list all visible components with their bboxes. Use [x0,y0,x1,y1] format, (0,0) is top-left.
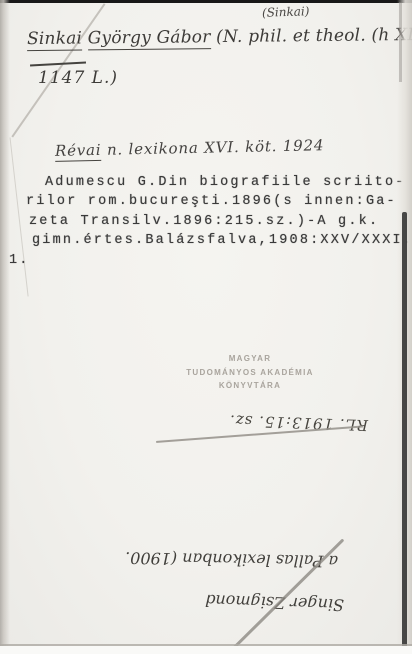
handwritten-bottom-note-upside-down: a Pallas lexikonban (1900. [110,548,338,571]
handwritten-heading-line2: 1147 L.) [38,68,118,88]
card-edge-left [0,0,10,654]
author-surname: Sinkai [27,28,82,51]
handwritten-annotation-top: (Sinkai) [262,4,310,20]
typed-entry: Adumescu G.Din biografiile scriito- rilo… [0,173,412,270]
reference-underlined: Révai [55,141,102,162]
scan-edge-right-faint [399,2,402,82]
stamp-line: TUDOMÁNYOS AKADÉMIA [170,366,330,380]
stamp-line: KÖNYVTÁRA [170,379,330,393]
stamp-line: MAGYAR [170,352,330,366]
typed-line: 1. [9,251,412,270]
scan-background-below-card [0,646,412,654]
scanned-catalog-card: (Sinkai) Sinkai György Gábor (N. phil. e… [0,0,412,654]
author-given-names: György Gábor [88,27,211,50]
typed-line: zeta Transilv.1896:215.sz.)-A g.k. [29,212,412,231]
scan-edge-top [0,0,412,3]
typed-line: Adumescu G.Din biografiile scriito- [45,173,412,192]
scan-edge-right-dark [402,212,407,648]
library-stamp: MAGYAR TUDOMÁNYOS AKADÉMIA KÖNYVTÁRA [170,352,330,393]
typed-line: gimn.értes.Balázsfalva,1908:XXV/XXXI. [32,231,412,250]
author-heading-rest: (N. phil. et theol. (h XII [216,25,412,47]
typed-line: rilor rom.bucureşti.1896(s innen:Ga- [26,192,412,211]
handwritten-author-heading: Sinkai György Gábor (N. phil. et theol. … [27,25,412,49]
